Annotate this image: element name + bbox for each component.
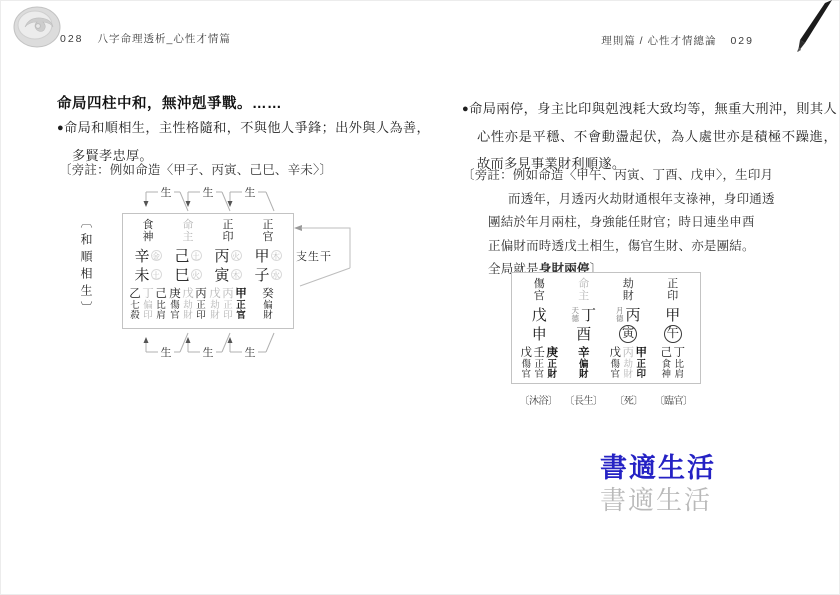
twelve-stage-label: 〔臨官〕 — [651, 392, 696, 407]
hidden-god-char: 印 — [196, 311, 206, 321]
pillar-god-label: 正印 — [667, 279, 678, 304]
pillar-column: 正印甲午己食神丁比肩 — [651, 279, 696, 381]
pillar-god-label: 正官 — [263, 220, 274, 245]
pillar-god-char: 財 — [623, 291, 634, 303]
stem-row: 月德丙 — [616, 305, 641, 324]
stem-row: 己土 — [174, 246, 201, 265]
hidden-god-char: 偏 — [143, 301, 153, 311]
pillar-god-char: 命 — [183, 220, 194, 232]
element-badge: 火 — [191, 269, 202, 280]
hidden-stem-group: 己比肩 — [155, 288, 168, 321]
hidden-stems: 戊傷官壬正官庚正財 — [520, 347, 559, 380]
watermark-secondary: 書適生活 — [600, 480, 712, 517]
pillar-god-char: 劫 — [623, 279, 634, 291]
hidden-stem-char: 甲 — [235, 288, 247, 301]
hidden-stem-char: 壬 — [534, 347, 546, 360]
hidden-god-char: 偏 — [263, 301, 273, 311]
pillar-god-label: 命主 — [183, 220, 194, 245]
hidden-stem-group: 甲正印 — [635, 347, 648, 380]
stem-row: 天德丁 — [571, 305, 596, 324]
pillar-column: 劫財月德丙寅戊傷官丙劫財甲正印 — [606, 279, 651, 381]
branch-char: 巳 — [174, 264, 189, 285]
pillar-god-char: 官 — [534, 291, 545, 303]
branch-generates-stem-label: 支生干 — [296, 248, 332, 264]
hidden-stem-char: 辛 — [578, 347, 590, 360]
left-margin-note: 〔旁註：例如命造〈甲子、丙寅、己巳、辛未〉〕 — [59, 160, 332, 178]
hidden-stem-group: 庚正財 — [546, 347, 559, 380]
element-badge: 水 — [271, 269, 282, 280]
hidden-stem-char: 戊 — [209, 288, 221, 301]
generation-label: 生 — [161, 345, 172, 359]
hidden-stem-group: 戊劫財 — [182, 288, 195, 321]
hidden-stem-group: 丙劫財 — [622, 347, 635, 380]
pillar-god-char: 正 — [263, 220, 274, 232]
right-pillar-diagram: 傷官戊申戊傷官壬正官庚正財命主天德丁酉辛偏財劫財月德丙寅戊傷官丙劫財甲正印正印甲… — [511, 272, 711, 412]
page-number-left: 028 — [60, 33, 84, 45]
branch-row: 寅木 — [214, 265, 241, 284]
book-spread: 028八字命理透析_心性才情篇 理則篇 / 心性才情總論029 命局四柱中和，無… — [0, 0, 840, 595]
hidden-god-char: 偏 — [579, 360, 589, 370]
hidden-god-char: 比 — [156, 301, 166, 311]
pillar-god-label: 食神 — [143, 220, 154, 245]
pillar-column: 命主己土巳火庚傷官戊劫財丙正印 — [168, 220, 208, 326]
pillar-god-label: 正印 — [223, 220, 234, 245]
hidden-god-char: 官 — [521, 370, 531, 380]
note-line: 而透年，月透丙火劫財通根年支祿神，身印通透 — [508, 188, 775, 212]
hidden-stem-group: 丙正印 — [222, 288, 235, 321]
element-badge: 木 — [271, 250, 282, 261]
hidden-god-char: 財 — [623, 370, 633, 380]
hidden-god-char: 財 — [579, 370, 589, 380]
generation-label: 生 — [203, 186, 214, 199]
branch-char: 寅 — [214, 264, 229, 285]
hidden-stem-char: 丁 — [674, 347, 686, 360]
branch-row: 寅 — [619, 324, 637, 343]
pillar-column: 正官甲木子水癸偏財 — [248, 220, 288, 326]
element-badge: 木 — [231, 269, 242, 280]
hidden-stem-char: 丙 — [195, 288, 207, 301]
hidden-stems: 戊劫財丙正印甲正官 — [209, 288, 248, 321]
hidden-god-char: 財 — [210, 311, 220, 321]
stem-char: 己 — [174, 245, 189, 266]
hidden-god-char: 正 — [196, 301, 206, 311]
branch-char: 午 — [664, 325, 682, 343]
pillar-god-char: 傷 — [534, 279, 545, 291]
hidden-stem-char: 丙 — [623, 347, 635, 360]
pillar-god-char: 正 — [223, 220, 234, 232]
stem-char: 丁 — [581, 304, 596, 325]
stem-char: 甲 — [665, 304, 680, 325]
hidden-god-char: 傷 — [610, 360, 620, 370]
pillar-god-char: 正 — [667, 279, 678, 291]
hidden-stem-char: 己 — [661, 347, 673, 360]
stem-char: 甲 — [254, 245, 269, 266]
hidden-god-char: 財 — [183, 311, 193, 321]
branch-row: 巳火 — [174, 265, 201, 284]
stem-row: 戊 — [532, 305, 547, 324]
note-line: 團結於年月兩柱，身強能任財官；時日連坐申酉 — [488, 211, 775, 235]
pillar-god-char: 印 — [223, 232, 234, 244]
hidden-stem-group: 丙正印 — [195, 288, 208, 321]
publisher-seal-icon — [11, 4, 63, 52]
note-line: 正偏財而時透戊土相生，傷官生財、亦是團結。 — [488, 235, 775, 259]
hidden-stem-char: 乙 — [129, 288, 141, 301]
hidden-stem-group: 庚傷官 — [169, 288, 182, 321]
running-head-left: 028八字命理透析_心性才情篇 — [60, 31, 231, 46]
twelve-stage-label: 〔長生〕 — [561, 392, 606, 407]
hidden-god-char: 印 — [636, 370, 646, 380]
pillar-god-char: 印 — [667, 291, 678, 303]
hidden-god-char: 官 — [236, 311, 246, 321]
hidden-god-char: 劫 — [623, 360, 633, 370]
running-head-right: 理則篇 / 心性才情總論029 — [601, 33, 754, 48]
hidden-god-char: 正 — [236, 301, 246, 311]
hidden-stem-group: 乙七殺 — [129, 288, 142, 321]
pillar-god-char: 官 — [263, 232, 274, 244]
element-badge: 金 — [151, 250, 162, 261]
bullet-marker: ● — [57, 122, 64, 134]
branch-char: 寅 — [619, 325, 637, 343]
hidden-god-char: 官 — [610, 370, 620, 380]
hidden-god-char: 正 — [534, 360, 544, 370]
hidden-stem-char: 癸 — [262, 288, 274, 301]
hidden-stem-group: 戊傷官 — [609, 347, 622, 380]
hidden-god-char: 印 — [143, 311, 153, 321]
hidden-god-char: 傷 — [170, 301, 180, 311]
deity-label: 天德 — [571, 307, 579, 323]
generation-label: 生 — [203, 345, 214, 359]
pillar-god-label: 命主 — [578, 279, 589, 304]
stem-row: 甲木 — [254, 246, 281, 265]
left-pillar-diagram: 〔和順相生〕 生生生 食神辛金未土乙七殺丁偏印己比肩命主己土巳火庚傷官戊劫財丙正… — [78, 186, 388, 371]
page-number-right: 029 — [730, 35, 754, 47]
hidden-stem-char: 庚 — [169, 288, 181, 301]
stem-char: 丙 — [214, 245, 229, 266]
hidden-god-char: 肩 — [156, 311, 166, 321]
branch-char: 酉 — [576, 323, 591, 344]
hidden-stems: 己食神丁比肩 — [660, 347, 686, 380]
pen-icon — [770, 0, 834, 58]
pillar-table: 食神辛金未土乙七殺丁偏印己比肩命主己土巳火庚傷官戊劫財丙正印正印丙火寅木戊劫財丙… — [122, 213, 294, 329]
pillar-god-char: 食 — [143, 220, 154, 232]
stem-row: 辛金 — [134, 246, 161, 265]
hidden-god-char: 正 — [547, 360, 557, 370]
hidden-god-char: 肩 — [674, 370, 684, 380]
right-paragraph-text: 命局兩停，身主比印與剋洩耗大致均等，無重大刑沖，則其人心性亦是平穩、不會動盪起伏… — [469, 101, 837, 171]
hidden-god-char: 印 — [223, 311, 233, 321]
pillar-god-char: 主 — [183, 232, 194, 244]
hidden-god-char: 劫 — [183, 301, 193, 311]
pillar-god-label: 傷官 — [534, 279, 545, 304]
stem-char: 戊 — [532, 304, 547, 325]
deity-char: 德 — [616, 315, 624, 323]
element-badge: 土 — [151, 269, 162, 280]
branch-char: 申 — [532, 323, 547, 344]
element-badge: 火 — [231, 250, 242, 261]
hidden-stems: 乙七殺丁偏印己比肩 — [129, 288, 168, 321]
branch-row: 子水 — [254, 265, 281, 284]
generation-label: 生 — [245, 345, 256, 359]
running-head-right-title: 理則篇 / 心性才情總論 — [601, 35, 716, 47]
hidden-stem-group: 丁比肩 — [673, 347, 686, 380]
branch-row: 酉 — [576, 324, 591, 343]
hidden-stem-group: 壬正官 — [533, 347, 546, 380]
hidden-stem-group: 戊劫財 — [209, 288, 222, 321]
hidden-god-char: 正 — [223, 301, 233, 311]
generation-arrows-bottom: 生生生 — [122, 332, 322, 362]
pillar-column: 正印丙火寅木戊劫財丙正印甲正官 — [208, 220, 248, 326]
branch-row: 未土 — [134, 265, 161, 284]
hidden-stem-group: 辛偏財 — [577, 347, 590, 380]
hidden-god-char: 殺 — [130, 311, 140, 321]
stem-row: 丙火 — [214, 246, 241, 265]
branch-row: 午 — [664, 324, 682, 343]
hidden-stem-char: 戊 — [521, 347, 533, 360]
running-head-left-title: 八字命理透析_心性才情篇 — [98, 33, 231, 45]
hidden-stem-group: 戊傷官 — [520, 347, 533, 380]
hidden-stem-char: 己 — [155, 288, 167, 301]
hidden-stem-char: 戊 — [610, 347, 622, 360]
pillar-column: 食神辛金未土乙七殺丁偏印己比肩 — [128, 220, 168, 326]
hidden-stems: 戊傷官丙劫財甲正印 — [609, 347, 648, 380]
pillar-god-char: 神 — [143, 232, 154, 244]
hidden-stem-char: 庚 — [547, 347, 559, 360]
hidden-stems: 辛偏財 — [577, 347, 590, 380]
generation-label: 生 — [161, 186, 172, 199]
twelve-stage-label: 〔沐浴〕 — [516, 392, 561, 407]
twelve-stage-label: 〔死〕 — [606, 392, 651, 407]
element-badge: 土 — [191, 250, 202, 261]
hidden-god-char: 官 — [534, 370, 544, 380]
hidden-stems: 癸偏財 — [262, 288, 275, 321]
hidden-stems: 庚傷官戊劫財丙正印 — [169, 288, 208, 321]
hidden-stem-char: 甲 — [636, 347, 648, 360]
hidden-god-char: 財 — [547, 370, 557, 380]
pillar-column: 傷官戊申戊傷官壬正官庚正財 — [517, 279, 562, 381]
branch-char: 未 — [134, 264, 149, 285]
branch-char: 子 — [254, 264, 269, 285]
pillar-table: 傷官戊申戊傷官壬正官庚正財命主天德丁酉辛偏財劫財月德丙寅戊傷官丙劫財甲正印正印甲… — [511, 272, 701, 384]
hidden-stem-char: 戊 — [182, 288, 194, 301]
hidden-stem-group: 丁偏印 — [142, 288, 155, 321]
pillar-god-label: 劫財 — [623, 279, 634, 304]
hidden-god-char: 官 — [170, 311, 180, 321]
deity-label: 月德 — [616, 307, 624, 323]
stem-char: 丙 — [625, 304, 640, 325]
diagram-side-label: 〔和順相生〕 — [78, 216, 95, 318]
hidden-god-char: 食 — [661, 360, 671, 370]
hidden-god-char: 財 — [263, 311, 273, 321]
twelve-stage-row: 〔沐浴〕〔長生〕〔死〕〔臨官〕 — [511, 392, 701, 407]
hidden-stem-char: 丁 — [142, 288, 154, 301]
note-line: 〔旁註：例如命造〈甲午、丙寅、丁酉、戊申〉，生印月 — [462, 164, 775, 188]
branch-row: 申 — [532, 324, 547, 343]
hidden-stem-group: 己食神 — [660, 347, 673, 380]
hidden-god-char: 劫 — [210, 301, 220, 311]
hidden-god-char: 七 — [130, 301, 140, 311]
pillar-god-char: 主 — [578, 291, 589, 303]
pillar-column: 命主天德丁酉辛偏財 — [562, 279, 607, 381]
stem-row: 甲 — [665, 305, 680, 324]
right-margin-note: 〔旁註：例如命造〈甲午、丙寅、丁酉、戊申〉，生印月 而透年，月透丙火劫財通根年支… — [462, 164, 775, 282]
generation-arrows-top: 生生生 — [122, 186, 322, 212]
hidden-god-char: 正 — [636, 360, 646, 370]
left-paragraph-text: 命局和順相生，主性格隨和，不與他人爭鋒；出外與人為善，多賢孝忠厚。 — [64, 120, 430, 163]
pillar-god-char: 命 — [578, 279, 589, 291]
hidden-god-char: 傷 — [521, 360, 531, 370]
deity-char: 德 — [571, 315, 579, 323]
hidden-god-char: 比 — [674, 360, 684, 370]
hidden-god-char: 神 — [661, 370, 671, 380]
hidden-stem-group: 癸偏財 — [262, 288, 275, 321]
stem-char: 辛 — [134, 245, 149, 266]
hidden-stem-char: 丙 — [222, 288, 234, 301]
section-heading: 命局四柱中和，無沖剋爭戰。…… — [57, 92, 282, 113]
hidden-stem-group: 甲正官 — [235, 288, 248, 321]
generation-label: 生 — [245, 186, 256, 199]
